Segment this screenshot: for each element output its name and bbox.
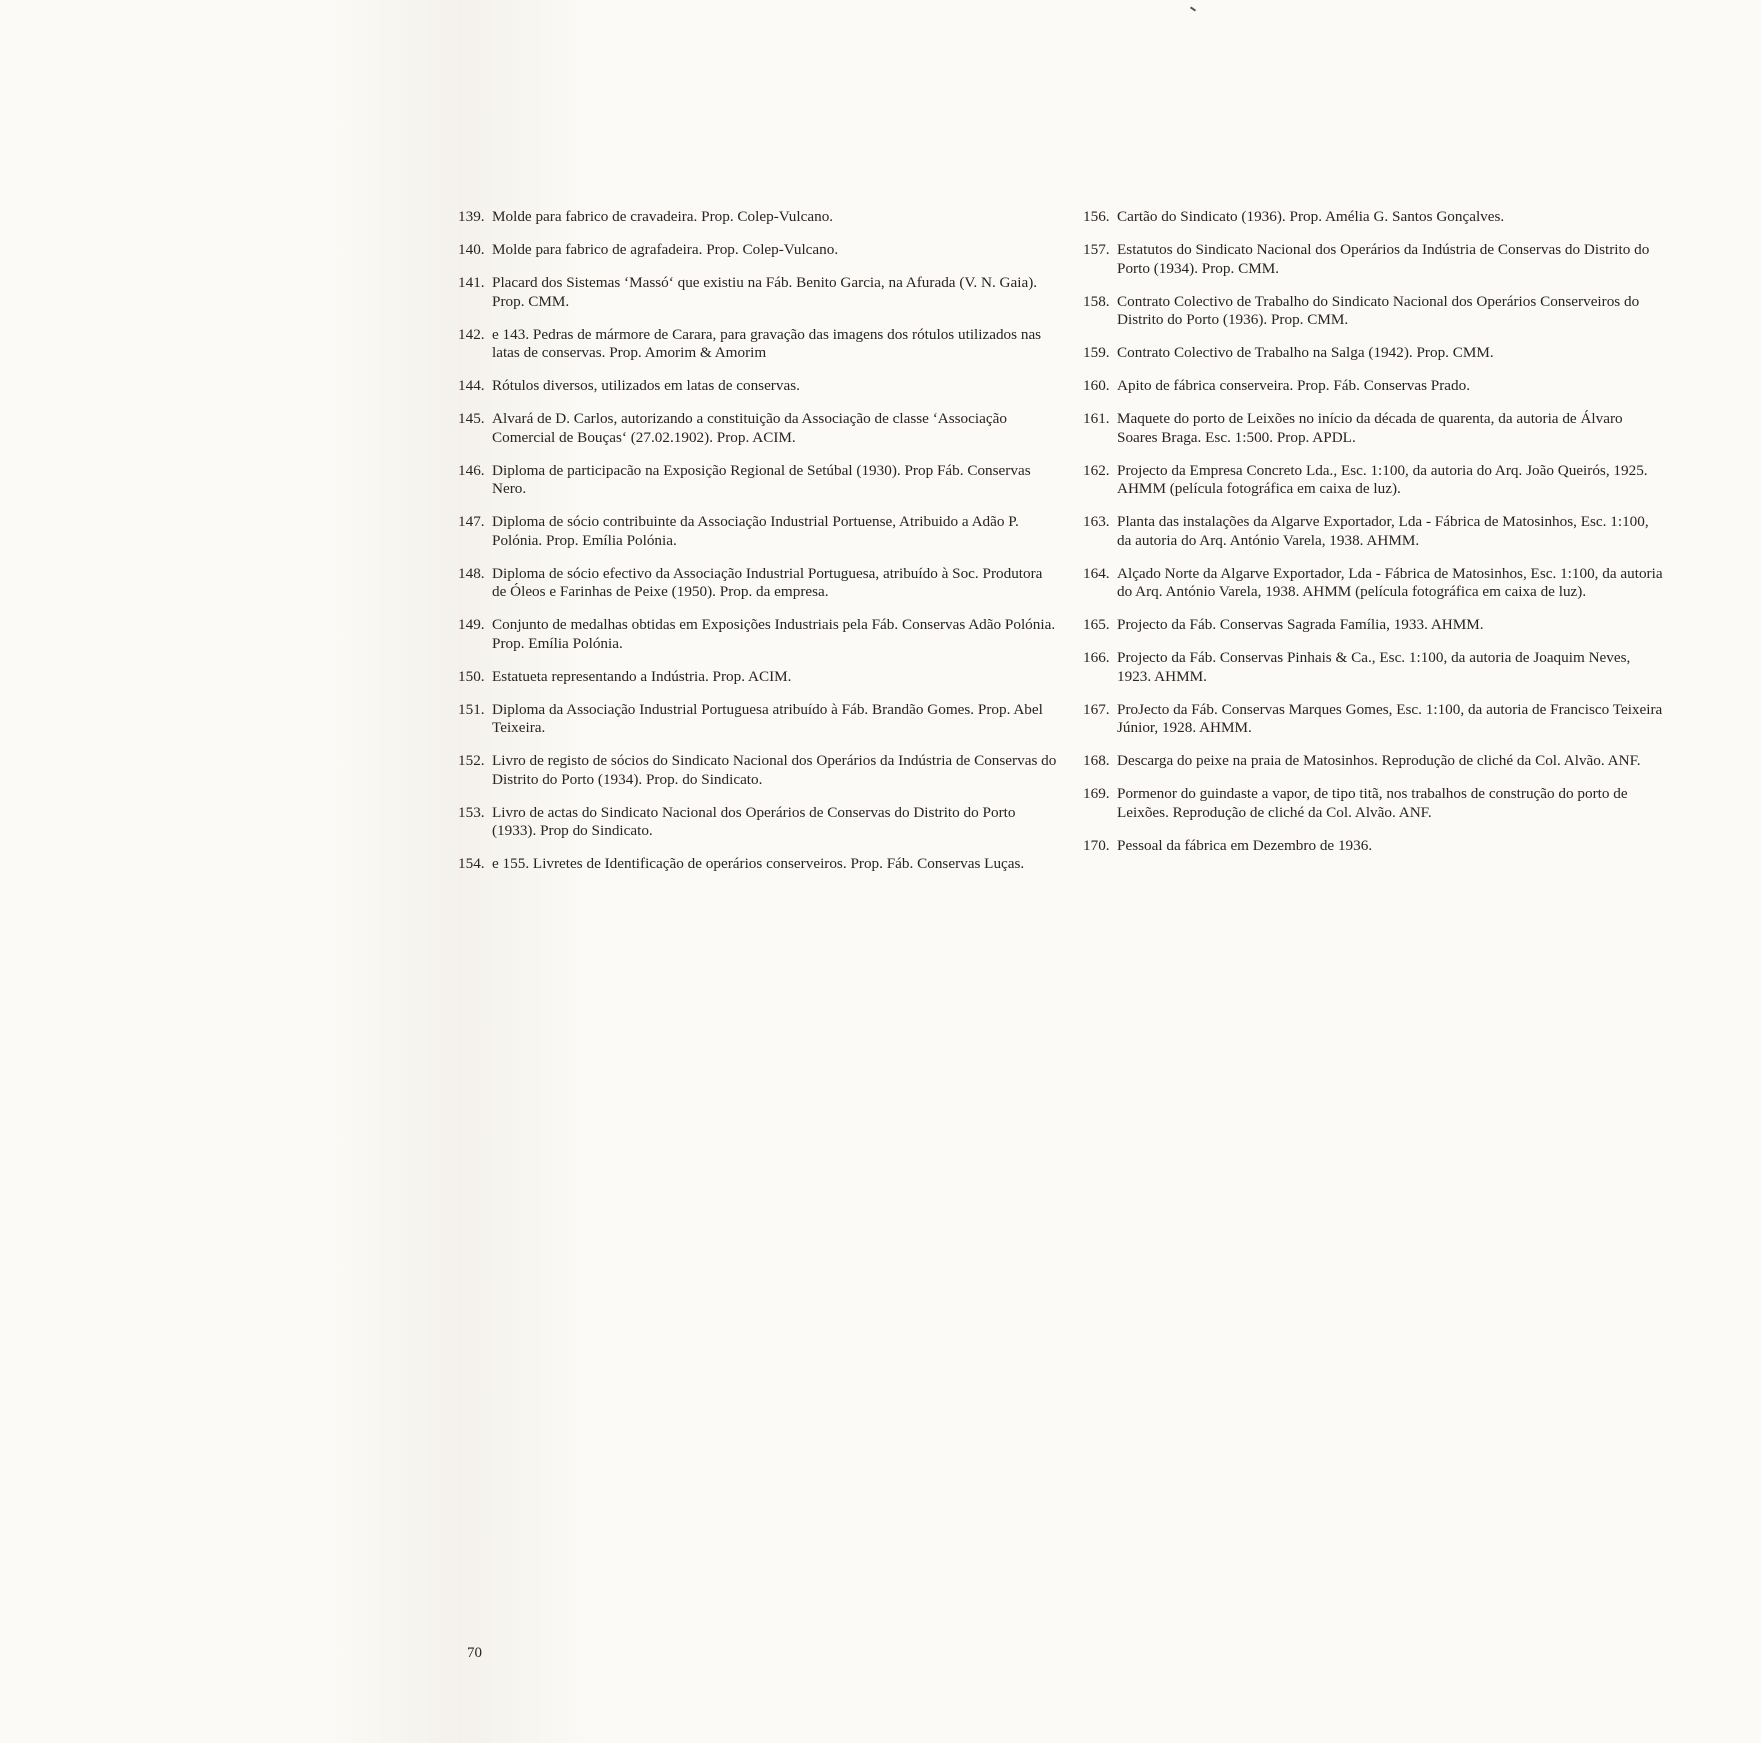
caption-entry: 161.Maquete do porto de Leixões no iníci…	[1083, 410, 1663, 447]
caption-text: e 143. Pedras de mármore de Carara, para…	[492, 326, 1041, 362]
caption-number: 159.	[1083, 344, 1117, 363]
caption-entry: 163.Planta das instalações da Algarve Ex…	[1083, 513, 1663, 550]
caption-entry: 156.Cartão do Sindicato (1936). Prop. Am…	[1083, 208, 1663, 227]
caption-text: Projecto da Fáb. Conservas Sagrada Famíl…	[1117, 616, 1484, 633]
caption-number: 158.	[1083, 293, 1117, 312]
caption-entry: 158.Contrato Colectivo de Trabalho do Si…	[1083, 293, 1663, 330]
caption-entry: 151.Diploma da Associação Industrial Por…	[458, 701, 1058, 738]
caption-text: Pessoal da fábrica em Dezembro de 1936.	[1117, 837, 1372, 854]
caption-number: 168.	[1083, 752, 1117, 771]
caption-entry: 152.Livro de registo de sócios do Sindic…	[458, 752, 1058, 789]
caption-text: Estatutos do Sindicato Nacional dos Oper…	[1117, 241, 1649, 277]
caption-list-right: 156.Cartão do Sindicato (1936). Prop. Am…	[1083, 208, 1663, 870]
caption-number: 154.	[458, 855, 492, 874]
caption-text: Maquete do porto de Leixões no início da…	[1117, 410, 1623, 446]
caption-number: 170.	[1083, 837, 1117, 856]
caption-number: 150.	[458, 668, 492, 687]
caption-text: Conjunto de medalhas obtidas em Exposiçõ…	[492, 616, 1055, 652]
caption-entry: 148.Diploma de sócio efectivo da Associa…	[458, 565, 1058, 602]
caption-text: Pormenor do guindaste a vapor, de tipo t…	[1117, 785, 1628, 821]
caption-number: 139.	[458, 208, 492, 227]
caption-entry: 140.Molde para fabrico de agrafadeira. P…	[458, 241, 1058, 260]
caption-text: Projecto da Empresa Concreto Lda., Esc. …	[1117, 462, 1648, 498]
caption-number: 153.	[458, 804, 492, 823]
caption-text: ProJecto da Fáb. Conservas Marques Gomes…	[1117, 701, 1662, 737]
caption-entry: 141.Placard dos Sistemas ‘Massó‘ que exi…	[458, 274, 1058, 311]
caption-number: 166.	[1083, 649, 1117, 668]
caption-number: 151.	[458, 701, 492, 720]
caption-text: Alvará de D. Carlos, autorizando a const…	[492, 410, 1007, 446]
caption-text: Diploma de participacão na Exposição Reg…	[492, 462, 1031, 498]
caption-list-left: 139.Molde para fabrico de cravadeira. Pr…	[458, 208, 1058, 888]
caption-entry: 146.Diploma de participacão na Exposição…	[458, 462, 1058, 499]
page-number: 70	[467, 1645, 482, 1662]
caption-entry: 145.Alvará de D. Carlos, autorizando a c…	[458, 410, 1058, 447]
caption-entry: 167.ProJecto da Fáb. Conservas Marques G…	[1083, 701, 1663, 738]
caption-text: Estatueta representando a Indústria. Pro…	[492, 668, 791, 685]
caption-text: Livro de registo de sócios do Sindicato …	[492, 752, 1056, 788]
caption-number: 161.	[1083, 410, 1117, 429]
caption-entry: 170.Pessoal da fábrica em Dezembro de 19…	[1083, 837, 1663, 856]
caption-number: 162.	[1083, 462, 1117, 481]
scan-speck	[1190, 6, 1196, 11]
caption-text: Rótulos diversos, utilizados em latas de…	[492, 377, 800, 394]
caption-text: Livro de actas do Sindicato Nacional dos…	[492, 804, 1015, 840]
caption-number: 141.	[458, 274, 492, 293]
caption-entry: 150.Estatueta representando a Indústria.…	[458, 668, 1058, 687]
caption-number: 144.	[458, 377, 492, 396]
caption-text: e 155. Livretes de Identificação de oper…	[492, 855, 1024, 872]
caption-number: 164.	[1083, 565, 1117, 584]
caption-entry: 168.Descarga do peixe na praia de Matosi…	[1083, 752, 1663, 771]
caption-entry: 147.Diploma de sócio contribuinte da Ass…	[458, 513, 1058, 550]
caption-number: 165.	[1083, 616, 1117, 635]
caption-number: 140.	[458, 241, 492, 260]
caption-number: 148.	[458, 565, 492, 584]
caption-text: Diploma de sócio efectivo da Associação …	[492, 565, 1042, 601]
caption-entry: 144.Rótulos diversos, utilizados em lata…	[458, 377, 1058, 396]
caption-entry: 139.Molde para fabrico de cravadeira. Pr…	[458, 208, 1058, 227]
caption-entry: 164.Alçado Norte da Algarve Exportador, …	[1083, 565, 1663, 602]
caption-entry: 166.Projecto da Fáb. Conservas Pinhais &…	[1083, 649, 1663, 686]
caption-entry: 153.Livro de actas do Sindicato Nacional…	[458, 804, 1058, 841]
caption-text: Diploma da Associação Industrial Portugu…	[492, 701, 1043, 737]
caption-entry: 154.e 155. Livretes de Identificação de …	[458, 855, 1058, 874]
caption-entry: 149.Conjunto de medalhas obtidas em Expo…	[458, 616, 1058, 653]
caption-number: 157.	[1083, 241, 1117, 260]
caption-text: Diploma de sócio contribuinte da Associa…	[492, 513, 1019, 549]
caption-text: Planta das instalações da Algarve Export…	[1117, 513, 1649, 549]
caption-text: Placard dos Sistemas ‘Massó‘ que existiu…	[492, 274, 1037, 310]
caption-entry: 157.Estatutos do Sindicato Nacional dos …	[1083, 241, 1663, 278]
caption-text: Contrato Colectivo de Trabalho do Sindic…	[1117, 293, 1639, 329]
caption-entry: 142.e 143. Pedras de mármore de Carara, …	[458, 326, 1058, 363]
caption-entry: 159.Contrato Colectivo de Trabalho na Sa…	[1083, 344, 1663, 363]
caption-number: 167.	[1083, 701, 1117, 720]
caption-number: 156.	[1083, 208, 1117, 227]
caption-number: 163.	[1083, 513, 1117, 532]
caption-number: 169.	[1083, 785, 1117, 804]
caption-number: 149.	[458, 616, 492, 635]
caption-text: Contrato Colectivo de Trabalho na Salga …	[1117, 344, 1494, 361]
caption-text: Alçado Norte da Algarve Exportador, Lda …	[1117, 565, 1663, 601]
caption-number: 145.	[458, 410, 492, 429]
caption-number: 152.	[458, 752, 492, 771]
caption-number: 147.	[458, 513, 492, 532]
caption-text: Descarga do peixe na praia de Matosinhos…	[1117, 752, 1641, 769]
caption-entry: 160.Apito de fábrica conserveira. Prop. …	[1083, 377, 1663, 396]
caption-text: Molde para fabrico de cravadeira. Prop. …	[492, 208, 833, 225]
caption-entry: 162.Projecto da Empresa Concreto Lda., E…	[1083, 462, 1663, 499]
caption-entry: 165.Projecto da Fáb. Conservas Sagrada F…	[1083, 616, 1663, 635]
caption-text: Projecto da Fáb. Conservas Pinhais & Ca.…	[1117, 649, 1630, 685]
caption-number: 142.	[458, 326, 492, 345]
caption-text: Apito de fábrica conserveira. Prop. Fáb.…	[1117, 377, 1470, 394]
caption-number: 160.	[1083, 377, 1117, 396]
caption-text: Molde para fabrico de agrafadeira. Prop.…	[492, 241, 838, 258]
caption-text: Cartão do Sindicato (1936). Prop. Amélia…	[1117, 208, 1504, 225]
caption-entry: 169.Pormenor do guindaste a vapor, de ti…	[1083, 785, 1663, 822]
caption-number: 146.	[458, 462, 492, 481]
